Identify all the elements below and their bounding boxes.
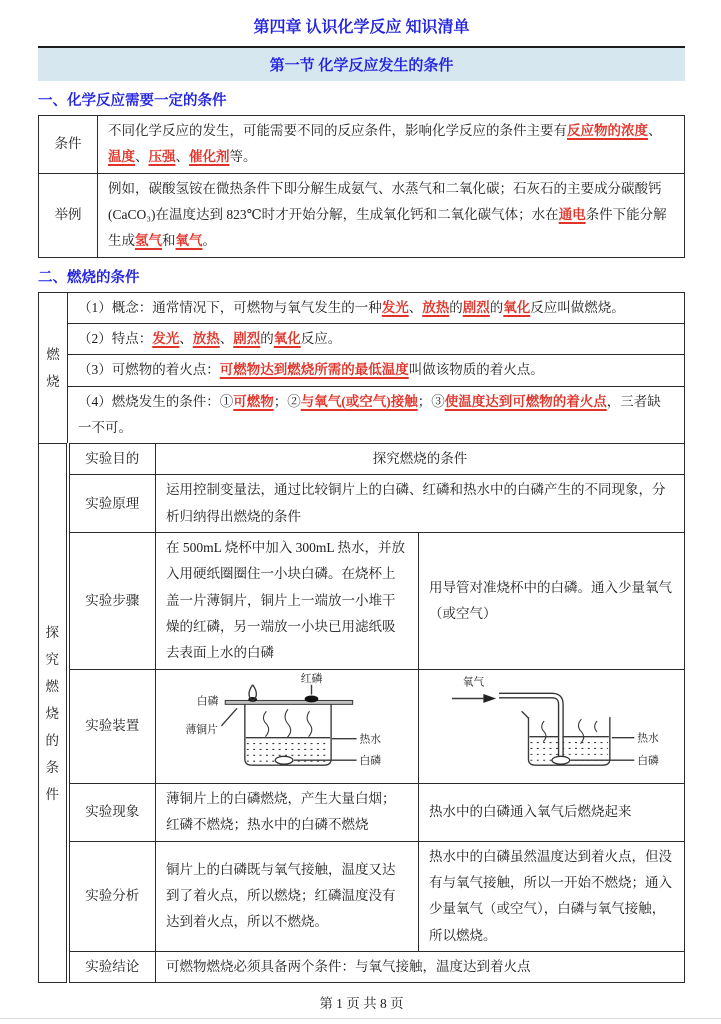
- burning-item-ignition-point: （3）可燃物的着火点：可燃物达到燃烧所需的最低温度叫做该物质的着火点。: [68, 355, 685, 386]
- exp-steps-right: 用导管对准烧杯中的白磷。通入少量氧气（或空气）: [419, 533, 685, 670]
- table-row: 实验现象 薄铜片上的白磷燃烧，产生大量白烟；红磷不燃烧；热水中的白磷不燃烧 热水…: [39, 783, 685, 841]
- exp-purpose-content: 探究燃烧的条件: [156, 444, 685, 475]
- table-row: 条件 不同化学反应的发生，可能需要不同的反应条件，影响化学反应的条件主要有反应物…: [39, 116, 685, 174]
- section1-heading: 一、化学反应需要一定的条件: [38, 89, 685, 110]
- exp-conclusion-content: 可燃物燃烧必须具备两个条件：与氧气接触，温度达到着火点: [156, 951, 685, 982]
- burning-table: 燃烧 （1）概念：通常情况下，可燃物与氧气发生的一种发光、放热的剧烈的氧化反应叫…: [38, 292, 685, 984]
- exp-row-label-purpose: 实验目的: [68, 444, 156, 475]
- section-band-title: 第一节 化学反应发生的条件: [38, 46, 685, 81]
- side-label-experiment: 探究燃烧的条件: [39, 444, 68, 983]
- exp-row-label-setup: 实验装置: [68, 669, 156, 783]
- exp-setup-right: 氧气 热水 白磷: [419, 669, 685, 783]
- apparatus-diagram-copper-plate: 红磷 白磷 薄铜片 热水 白磷: [162, 672, 412, 772]
- burning-item-features: （2）特点：发光、放热、剧烈的氧化反应。: [68, 323, 685, 354]
- table-row: 实验原理 运用控制变量法，通过比较铜片上的白磷、红磷和热水中的白磷产生的不同现象…: [39, 475, 685, 533]
- table-row: 实验结论 可燃物燃烧必须具备两个条件：与氧气接触，温度达到着火点: [39, 951, 685, 982]
- label-hot-water: 热水: [360, 732, 382, 745]
- conditions-table: 条件 不同化学反应的发生，可能需要不同的反应条件，影响化学反应的条件主要有反应物…: [38, 115, 685, 258]
- table-row: （2）特点：发光、放热、剧烈的氧化反应。: [39, 323, 685, 354]
- exp-analysis-left: 铜片上的白磷既与氧气接触，温度又达到了着火点，所以燃烧；红磷温度没有达到着火点，…: [156, 841, 419, 951]
- label-hot-water: 热水: [637, 731, 659, 744]
- label-white-phosphorus: 白磷: [637, 754, 659, 767]
- side-label-burning: 燃烧: [39, 292, 68, 444]
- table-row: （4）燃烧发生的条件：①可燃物；②与氧气(或空气)接触；③使温度达到可燃物的着火…: [39, 386, 685, 444]
- exp-phenomena-right: 热水中的白磷通入氧气后燃烧起来: [419, 783, 685, 841]
- row-content-example: 例如，碳酸氢铵在微热条件下即分解生成氨气、水蒸气和二氧化碳；石灰石的主要成分碳酸…: [98, 173, 685, 257]
- label-copper-sheet: 薄铜片: [186, 722, 219, 735]
- exp-analysis-right: 热水中的白磷虽然温度达到着火点，但没有与氧气接触，所以一开始不燃烧；通入少量氧气…: [419, 841, 685, 951]
- page-bottom-edge: [0, 1018, 721, 1019]
- exp-row-label-steps: 实验步骤: [68, 533, 156, 670]
- exp-phenomena-left: 薄铜片上的白磷燃烧，产生大量白烟；红磷不燃烧；热水中的白磷不燃烧: [156, 783, 419, 841]
- page-number: 第 1 页 共 8 页: [38, 992, 685, 1012]
- label-red-phosphorus: 红磷: [301, 672, 323, 685]
- row-label-example: 举例: [39, 173, 98, 257]
- label-white-phosphorus-top: 白磷: [197, 694, 219, 707]
- table-row: 探究燃烧的条件 实验目的 探究燃烧的条件: [39, 444, 685, 475]
- burning-item-concept: （1）概念：通常情况下，可燃物与氧气发生的一种发光、放热的剧烈的氧化反应叫做燃烧…: [68, 292, 685, 323]
- table-row: 实验装置: [39, 669, 685, 783]
- table-row: 实验分析 铜片上的白磷既与氧气接触，温度又达到了着火点，所以燃烧；红磷温度没有达…: [39, 841, 685, 951]
- document-page: 第四章 认识化学反应 知识清单 第一节 化学反应发生的条件 一、化学反应需要一定…: [0, 0, 721, 1012]
- table-row: 实验步骤 在 500mL 烧杯中加入 300mL 热水，并放入用硬纸圈圈住一小块…: [39, 533, 685, 670]
- table-row: 燃烧 （1）概念：通常情况下，可燃物与氧气发生的一种发光、放热的剧烈的氧化反应叫…: [39, 292, 685, 323]
- page-title: 第四章 认识化学反应 知识清单: [38, 0, 685, 37]
- exp-row-label-phenomena: 实验现象: [68, 783, 156, 841]
- exp-steps-left: 在 500mL 烧杯中加入 300mL 热水，并放入用硬纸圈圈住一小块白磷。在烧…: [156, 533, 419, 670]
- section2-heading: 二、燃烧的条件: [38, 266, 685, 287]
- row-label-condition: 条件: [39, 116, 98, 174]
- exp-row-label-analysis: 实验分析: [68, 841, 156, 951]
- exp-row-label-principle: 实验原理: [68, 475, 156, 533]
- exp-principle-content: 运用控制变量法，通过比较铜片上的白磷、红磷和热水中的白磷产生的不同现象，分析归纳…: [156, 475, 685, 533]
- table-row: 举例 例如，碳酸氢铵在微热条件下即分解生成氨气、水蒸气和二氧化碳；石灰石的主要成…: [39, 173, 685, 257]
- label-oxygen: 氧气: [462, 675, 484, 688]
- exp-row-label-conclusion: 实验结论: [68, 951, 156, 982]
- row-content-condition: 不同化学反应的发生，可能需要不同的反应条件，影响化学反应的条件主要有反应物的浓度…: [98, 116, 685, 174]
- label-white-phosphorus-bottom: 白磷: [360, 754, 382, 767]
- exp-setup-left: 红磷 白磷 薄铜片 热水 白磷: [156, 669, 419, 783]
- burning-item-conditions: （4）燃烧发生的条件：①可燃物；②与氧气(或空气)接触；③使温度达到可燃物的着火…: [68, 386, 685, 444]
- table-row: （3）可燃物的着火点：可燃物达到燃烧所需的最低温度叫做该物质的着火点。: [39, 355, 685, 386]
- apparatus-diagram-oxygen-tube: 氧气 热水 白磷: [432, 672, 672, 772]
